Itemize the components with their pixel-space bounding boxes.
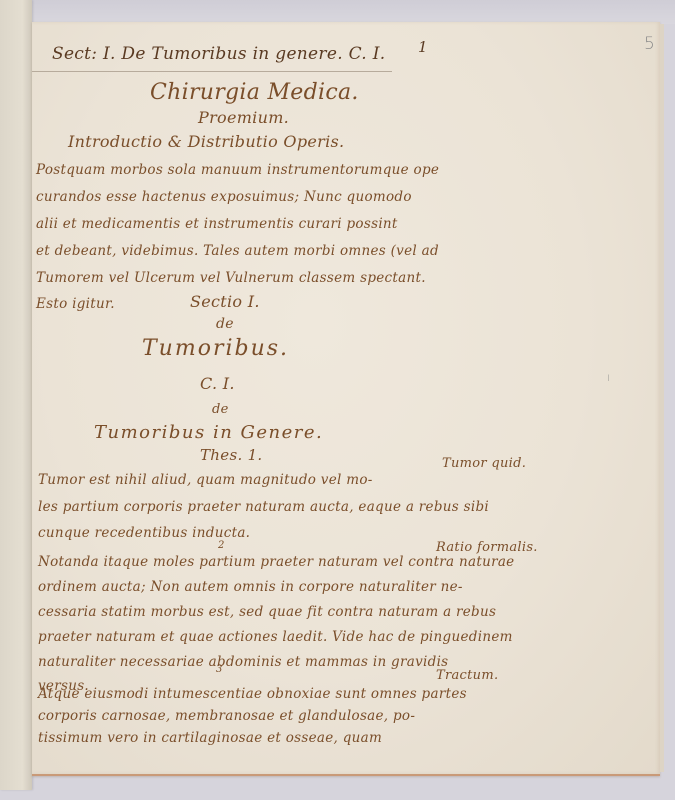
proemium-heading: Proemium. — [198, 108, 289, 127]
section-heading-introductio: Introductio & Distributio Operis. — [68, 132, 344, 151]
thesis-2-line: Notanda itaque moles partium praeter nat… — [38, 554, 514, 570]
sectio-heading: Sectio I. — [190, 292, 260, 311]
manuscript-page: Sect: I. De Tumoribus in genere. C. I. 1… — [32, 22, 660, 776]
chapter-title: Tumoribus in Genere. — [94, 422, 323, 443]
intro-line: Esto igitur. — [36, 296, 115, 312]
margin-note-tumor-quid: Tumor quid. — [442, 456, 526, 471]
margin-note-tractum: Tractum. — [436, 668, 498, 683]
intro-line: curandos esse hactenus exposuimus; Nunc … — [36, 189, 412, 205]
intro-line: alii et medicamentis et instrumentis cur… — [36, 216, 398, 232]
running-header: Sect: I. De Tumoribus in genere. C. I. — [52, 44, 385, 64]
thesis-1-line: cunque recedentibus inducta. — [38, 525, 250, 541]
thesis-2-line: cessaria statim morbus est, sed quae fit… — [38, 604, 496, 620]
page-edge — [660, 24, 664, 772]
thesis-3-line: corporis carnosae, membranosae et glandu… — [38, 708, 415, 724]
intro-line: Tumorem vel Ulcerum vel Vulnerum classem… — [36, 270, 426, 286]
header-marginal-mark: 1 — [418, 38, 428, 56]
folio-number: 5 — [644, 34, 655, 54]
facing-page-edge — [0, 0, 32, 790]
thesis-1-line: les partium corporis praeter naturam auc… — [38, 499, 489, 515]
sectio-de: de — [216, 316, 234, 332]
thesis-3-line: tissimum vero in cartilaginosae et ossea… — [38, 730, 382, 746]
margin-note-ratio-formalis: Ratio formalis. — [436, 540, 538, 555]
chapter-de: de — [212, 402, 229, 417]
thesis-1-line: Tumor est nihil aliud, quam magnitudo ve… — [38, 472, 373, 488]
photo-backdrop — [0, 0, 675, 24]
thesis-3-line: Atque eiusmodi intumescentiae obnoxiae s… — [38, 686, 467, 702]
thesis-1-label: Thes. 1. — [200, 446, 263, 464]
thesis-3-marker: 3 — [216, 664, 223, 675]
thesis-2-marker: 2 — [218, 540, 225, 551]
sectio-title: Tumoribus. — [142, 336, 289, 361]
header-rule — [32, 71, 392, 72]
chapter-label: C. I. — [200, 374, 235, 393]
stray-pencil-mark: I — [607, 374, 610, 384]
thesis-2-line: naturaliter necessariae abdominis et mam… — [38, 654, 448, 670]
work-title: Chirurgia Medica. — [150, 80, 359, 105]
thesis-2-line: ordinem aucta; Non autem omnis in corpor… — [38, 579, 463, 595]
thesis-2-line: praeter naturam et quae actiones laedit.… — [38, 629, 513, 645]
intro-line: Postquam morbos sola manuum instrumentor… — [36, 162, 439, 178]
intro-line: et debeant, videbimus. Tales autem morbi… — [36, 243, 439, 259]
